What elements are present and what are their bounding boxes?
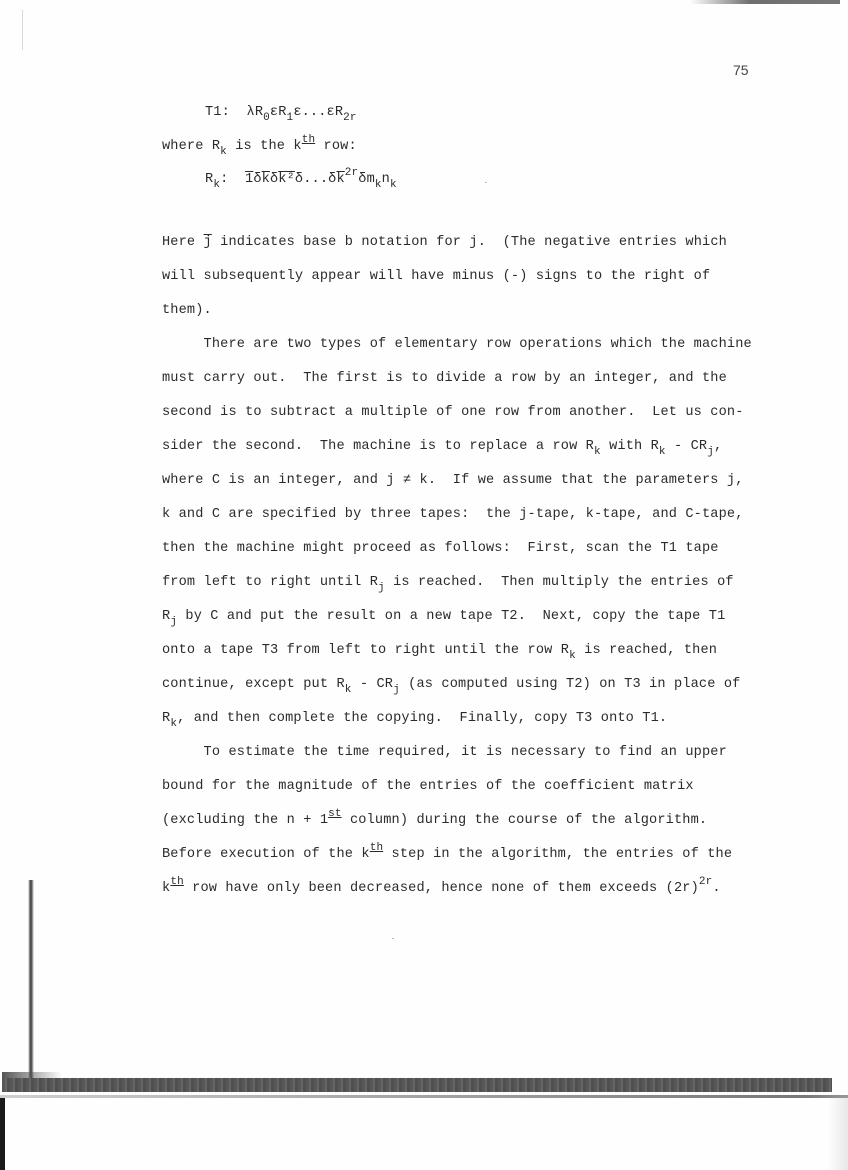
text-run: .	[712, 881, 720, 896]
text-line-p2-l3: second is to subtract a multiple of one …	[162, 403, 744, 423]
text-run: T1: λR	[205, 105, 263, 120]
text-line-p3-l4: Before execution of the kth step in the …	[162, 845, 732, 865]
text-line-p1-l3: them).	[162, 301, 212, 321]
math-sub: k	[345, 684, 352, 696]
scan-bottom-line	[0, 1095, 848, 1098]
text-run: Before execution of the k	[162, 847, 370, 862]
text-run: onto a tape T3 from left to right until …	[162, 643, 569, 658]
text-run: There are two types of elementary row op…	[162, 337, 752, 352]
text-run: n	[382, 172, 390, 187]
text-line-p2-l7: then the machine might proceed as follow…	[162, 539, 719, 559]
scan-right-shade	[828, 1098, 848, 1170]
text-line-p2-l1: There are two types of elementary row op…	[162, 335, 752, 355]
text-run: is the k	[227, 139, 302, 154]
scan-edge-mark	[22, 10, 23, 50]
text-run: Here	[162, 235, 204, 250]
text-run: - CR	[352, 677, 394, 692]
text-line-p2-l8: from left to right until Rj is reached. …	[162, 573, 734, 593]
text-run: is reached. Then multiply the entries of	[385, 575, 734, 590]
text-run: indicates base b notation for j. (The ne…	[212, 235, 727, 250]
text-line-where-rk: where Rk is the kth row:	[162, 137, 357, 157]
math-sub: 2r	[343, 112, 357, 124]
math-sup: 2r	[699, 876, 713, 888]
math-sub: j	[393, 684, 400, 696]
text-run: from left to right until R	[162, 575, 378, 590]
math-ov: k	[336, 172, 344, 187]
text-run: then the machine might proceed as follow…	[162, 541, 719, 556]
text-line-p3-l1: To estimate the time required, it is nec…	[162, 743, 727, 763]
math-sub: k	[594, 446, 601, 458]
text-line-tape-def: T1: λR0εR1ε...εR2r	[205, 103, 357, 123]
text-run: :	[220, 172, 245, 187]
math-sub: k	[390, 179, 397, 191]
text-run: δ	[253, 172, 261, 187]
text-line-p3-l3: (excluding the n + 1st column) during th…	[162, 811, 707, 831]
text-line-p3-l2: bound for the magnitude of the entries o…	[162, 777, 694, 797]
math-supu: th	[302, 134, 316, 146]
text-run: ε...εR	[293, 105, 343, 120]
text-run: δ...δ	[295, 172, 337, 187]
binding-edge-vertical	[28, 880, 34, 1080]
text-run: row have only been decreased, hence none…	[184, 881, 699, 896]
text-line-p2-l5: where C is an integer, and j ≠ k. If we …	[162, 471, 744, 491]
math-sup: 2r	[345, 167, 359, 179]
page-number: 75	[733, 62, 749, 78]
text-line-p2-l10: onto a tape T3 from left to right until …	[162, 641, 717, 661]
text-run: To estimate the time required, it is nec…	[162, 745, 727, 760]
math-supu: th	[370, 842, 384, 854]
math-sub: 1	[287, 112, 294, 124]
text-line-p1-l2: will subsequently appear will have minus…	[162, 267, 710, 287]
text-line-p1-l1: Here j indicates base b notation for j. …	[162, 233, 727, 253]
text-run: δm	[358, 172, 375, 187]
math-sub: k	[659, 446, 666, 458]
text-run: with R	[601, 439, 659, 454]
text-run: εR	[270, 105, 287, 120]
text-line-p2-l12: Rk, and then complete the copying. Final…	[162, 709, 667, 729]
math-sub: k	[569, 650, 576, 662]
scan-top-shadow	[690, 0, 840, 4]
math-sub: 0	[263, 112, 270, 124]
math-sub: k	[170, 718, 177, 730]
scan-speck	[392, 938, 394, 939]
text-run: step in the algorithm, the entries of th…	[383, 847, 732, 862]
text-run: where R	[162, 139, 220, 154]
text-run: will subsequently appear will have minus…	[162, 269, 710, 284]
binding-edge-bottom	[2, 1078, 832, 1092]
math-sub: k	[220, 146, 227, 158]
math-supu: st	[328, 808, 342, 820]
text-run: k and C are specified by three tapes: th…	[162, 507, 744, 522]
text-line-p2-l2: must carry out. The first is to divide a…	[162, 369, 727, 389]
text-line-p2-l9: Rj by C and put the result on a new tape…	[162, 607, 725, 627]
text-run: column) during the course of the algorit…	[342, 813, 708, 828]
text-run: second is to subtract a multiple of one …	[162, 405, 744, 420]
math-sub: j	[707, 446, 714, 458]
text-run: - CR	[666, 439, 708, 454]
text-run: (excluding the n + 1	[162, 813, 328, 828]
text-line-rk-def: Rk: 1δkδk²δ...δk2rδmknk	[205, 170, 397, 190]
text-line-p2-l6: k and C are specified by three tapes: th…	[162, 505, 744, 525]
text-run: bound for the magnitude of the entries o…	[162, 779, 694, 794]
math-ov: k²	[278, 172, 295, 187]
scan-left-strip	[0, 1098, 5, 1170]
math-ov: k	[262, 172, 270, 187]
text-run: (as computed using T2) on T3 in place of	[400, 677, 741, 692]
text-run: them).	[162, 303, 212, 318]
text-run: is reached, then	[576, 643, 717, 658]
text-run: sider the second. The machine is to repl…	[162, 439, 594, 454]
math-sub: k	[213, 179, 220, 191]
text-run: continue, except put R	[162, 677, 345, 692]
text-run: , and then complete the copying. Finally…	[177, 711, 667, 726]
text-line-p3-l5: kth row have only been decreased, hence …	[162, 879, 721, 899]
text-run: must carry out. The first is to divide a…	[162, 371, 727, 386]
text-run: by C and put the result on a new tape T2…	[177, 609, 725, 624]
math-sub: j	[170, 616, 177, 628]
text-run: ,	[714, 439, 722, 454]
math-supu: th	[170, 876, 184, 888]
text-line-p2-l4: sider the second. The machine is to repl…	[162, 437, 722, 457]
text-run: row:	[315, 139, 357, 154]
math-sub: k	[375, 179, 382, 191]
text-run: where C is an integer, and j ≠ k. If we …	[162, 473, 744, 488]
text-line-p2-l11: continue, except put Rk - CRj (as comput…	[162, 675, 740, 695]
scan-speck	[485, 182, 487, 183]
math-sub: j	[378, 582, 385, 594]
math-ov: j	[204, 235, 212, 250]
